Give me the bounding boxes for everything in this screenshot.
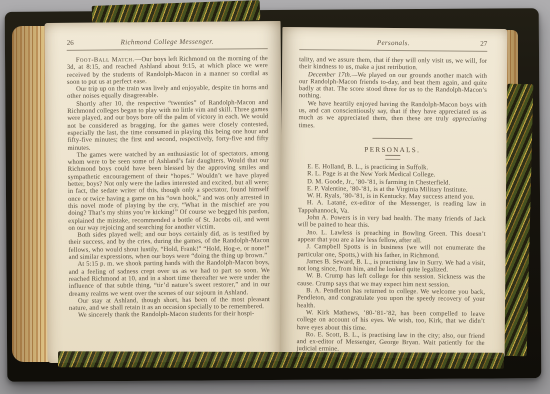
date-lead-in: December 17th.—: [308, 71, 358, 78]
article-paragraph: Foot-Ball Match.—Our boys left Richmond …: [67, 55, 268, 86]
personals-heading: PERSONALS.: [298, 145, 486, 155]
left-page: 26 Richmond College Messenger. Foot-Ball…: [45, 21, 284, 363]
running-head-right: Personals.: [329, 38, 457, 47]
article-text: times.: [299, 122, 315, 129]
right-page: Personals. 27 tality, and we assure them…: [280, 27, 508, 359]
running-head-left: Richmond College Messenger.: [97, 37, 238, 46]
personal-entry: B. A. Pendleton has returned to college.…: [297, 287, 485, 311]
personal-entry: J. Campbell Spotts is in business (we wi…: [297, 243, 485, 259]
article-paragraph: tality, and we assure them, that if they…: [299, 56, 487, 72]
page-number-right: 27: [457, 40, 487, 48]
personal-entry: John A. Powers is in very bad health. Th…: [298, 214, 486, 230]
article-paragraph: Both sides played well; and our boys cer…: [68, 230, 269, 261]
personal-entry: Jno. L. Lawless is preaching in Bowling …: [298, 229, 486, 245]
personal-entry: W. B. Crump has left college for this se…: [297, 273, 485, 289]
personal-entry: H. A. Latané, ex-editor of the Messenger…: [298, 200, 486, 216]
left-page-header: 26 Richmond College Messenger.: [67, 37, 268, 51]
page-number-left: 26: [67, 39, 97, 47]
article-paragraph: December 17th.—We played on our grounds …: [299, 71, 487, 102]
marbled-edge-bottom: [58, 351, 504, 369]
emphasized-word: appreciating: [452, 116, 486, 123]
article-paragraph: We have heartily enjoyed having the Rand…: [299, 100, 487, 131]
photo-background: 26 Richmond College Messenger. Foot-Ball…: [0, 0, 550, 394]
personal-entry: James B. Seward, B. L., is practising la…: [297, 258, 485, 274]
article-paragraph: At 5:15 p. m. we shook parting hands wit…: [69, 259, 270, 297]
heading-flourish: [385, 155, 400, 160]
personal-entry: W. Kirk Mathews, ’80-’81-’82, has been c…: [297, 309, 485, 333]
article-paragraph: Shortly after 10, the respective “twenti…: [67, 99, 268, 152]
section-divider: [372, 138, 412, 139]
right-page-header: Personals. 27: [299, 38, 487, 52]
article-paragraph: The games were watched by an enthusiasti…: [68, 150, 270, 232]
article-paragraph: We sincerely thank the Randolph-Macon st…: [69, 310, 270, 319]
personal-entry: Ro. E. Scott, B. L., is practising law i…: [297, 331, 485, 355]
